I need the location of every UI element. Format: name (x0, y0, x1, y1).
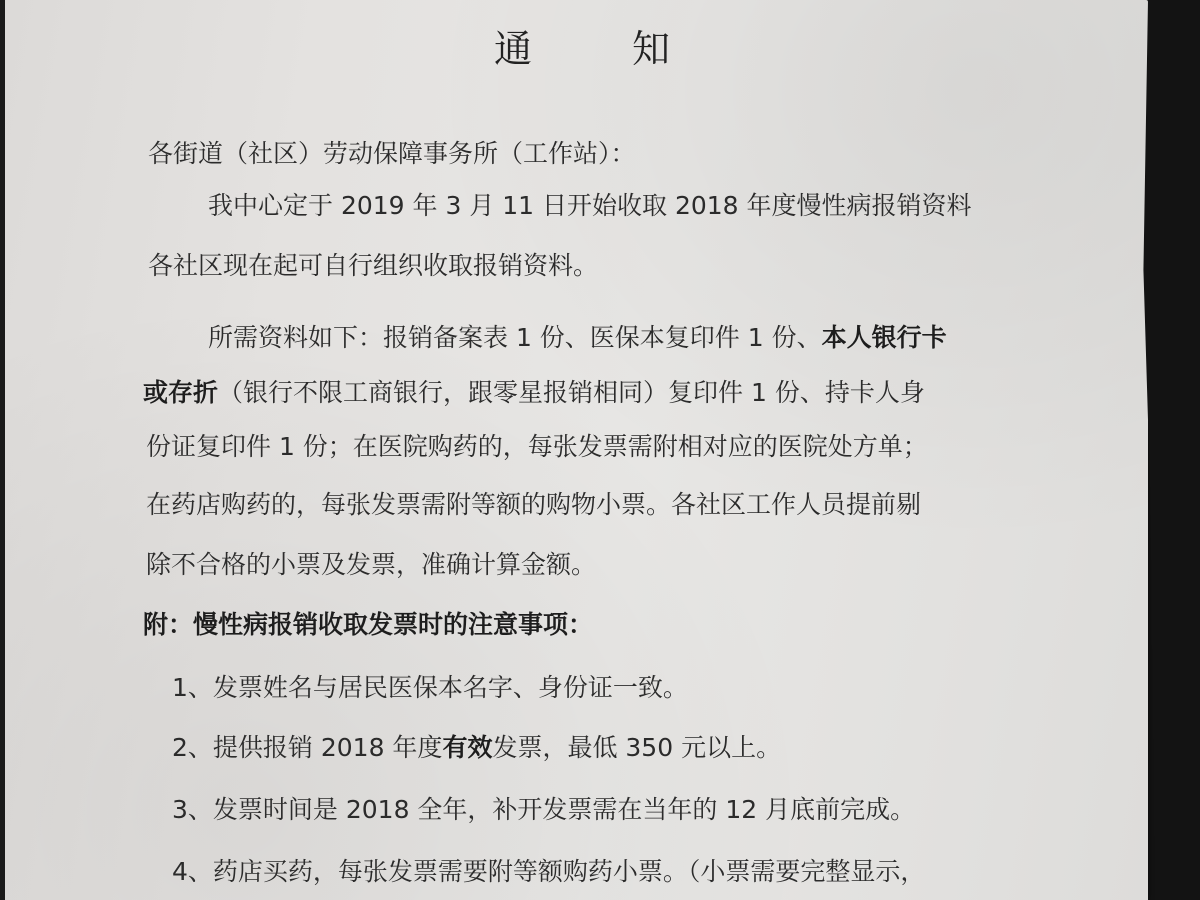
notice-title: 通 知 (0, 18, 1200, 73)
paragraph2-line4: 在药店购药的，每张发票需附等额的购物小票。各社区工作人员提前剔 (146, 490, 921, 520)
paragraph2-line1: 所需资料如下：报销备案表 1 份、医保本复印件 1 份、本人银行卡 (208, 323, 947, 353)
note-item-2-prefix: 2、提供报销 2018 年度 (172, 733, 442, 762)
note-item-2-suffix: 发票，最低 350 元以上。 (492, 733, 781, 762)
paragraph1-line2: 各社区现在起可自行组织收取报销资料。 (148, 251, 598, 281)
note-item-2-valid-emphasis: 有效 (442, 733, 492, 762)
note-item-3: 3、发票时间是 2018 全年，补开发票需在当年的 12 月底前完成。 (172, 795, 915, 825)
paragraph2-line1-text: 所需资料如下：报销备案表 1 份、医保本复印件 1 份、 (208, 323, 822, 352)
paragraph2-bank-card-emphasis: 本人银行卡 (822, 323, 947, 352)
paragraph2-passbook-emphasis: 或存折 (143, 378, 218, 407)
notice-document: 通 知 各街道（社区）劳动保障事务所（工作站）： 我中心定于 2019 年 3 … (0, 0, 1200, 900)
paragraph2-line2-text: （银行不限工商银行，跟零星报销相同）复印件 1 份、持卡人身 (218, 378, 925, 407)
paragraph2-line5: 除不合格的小票及发票，准确计算金额。 (146, 550, 596, 580)
photo-scene: 通 知 各街道（社区）劳动保障事务所（工作站）： 我中心定于 2019 年 3 … (0, 0, 1200, 900)
salutation: 各街道（社区）劳动保障事务所（工作站）： (148, 139, 636, 169)
paragraph2-line2: 或存折（银行不限工商银行，跟零星报销相同）复印件 1 份、持卡人身 (143, 378, 925, 408)
appendix-heading: 附：慢性病报销收取发票时的注意事项： (143, 610, 593, 640)
note-item-1: 1、发票姓名与居民医保本名字、身份证一致。 (172, 673, 688, 703)
note-item-4: 4、药店买药，每张发票需要附等额购药小票。（小票需要完整显示， (172, 857, 925, 887)
note-item-2: 2、提供报销 2018 年度有效发票，最低 350 元以上。 (172, 733, 781, 763)
paragraph2-line3: 份证复印件 1 份；在医院购药的，每张发票需附相对应的医院处方单； (146, 432, 928, 462)
paragraph1-line1: 我中心定于 2019 年 3 月 11 日开始收取 2018 年度慢性病报销资料 (208, 191, 972, 221)
